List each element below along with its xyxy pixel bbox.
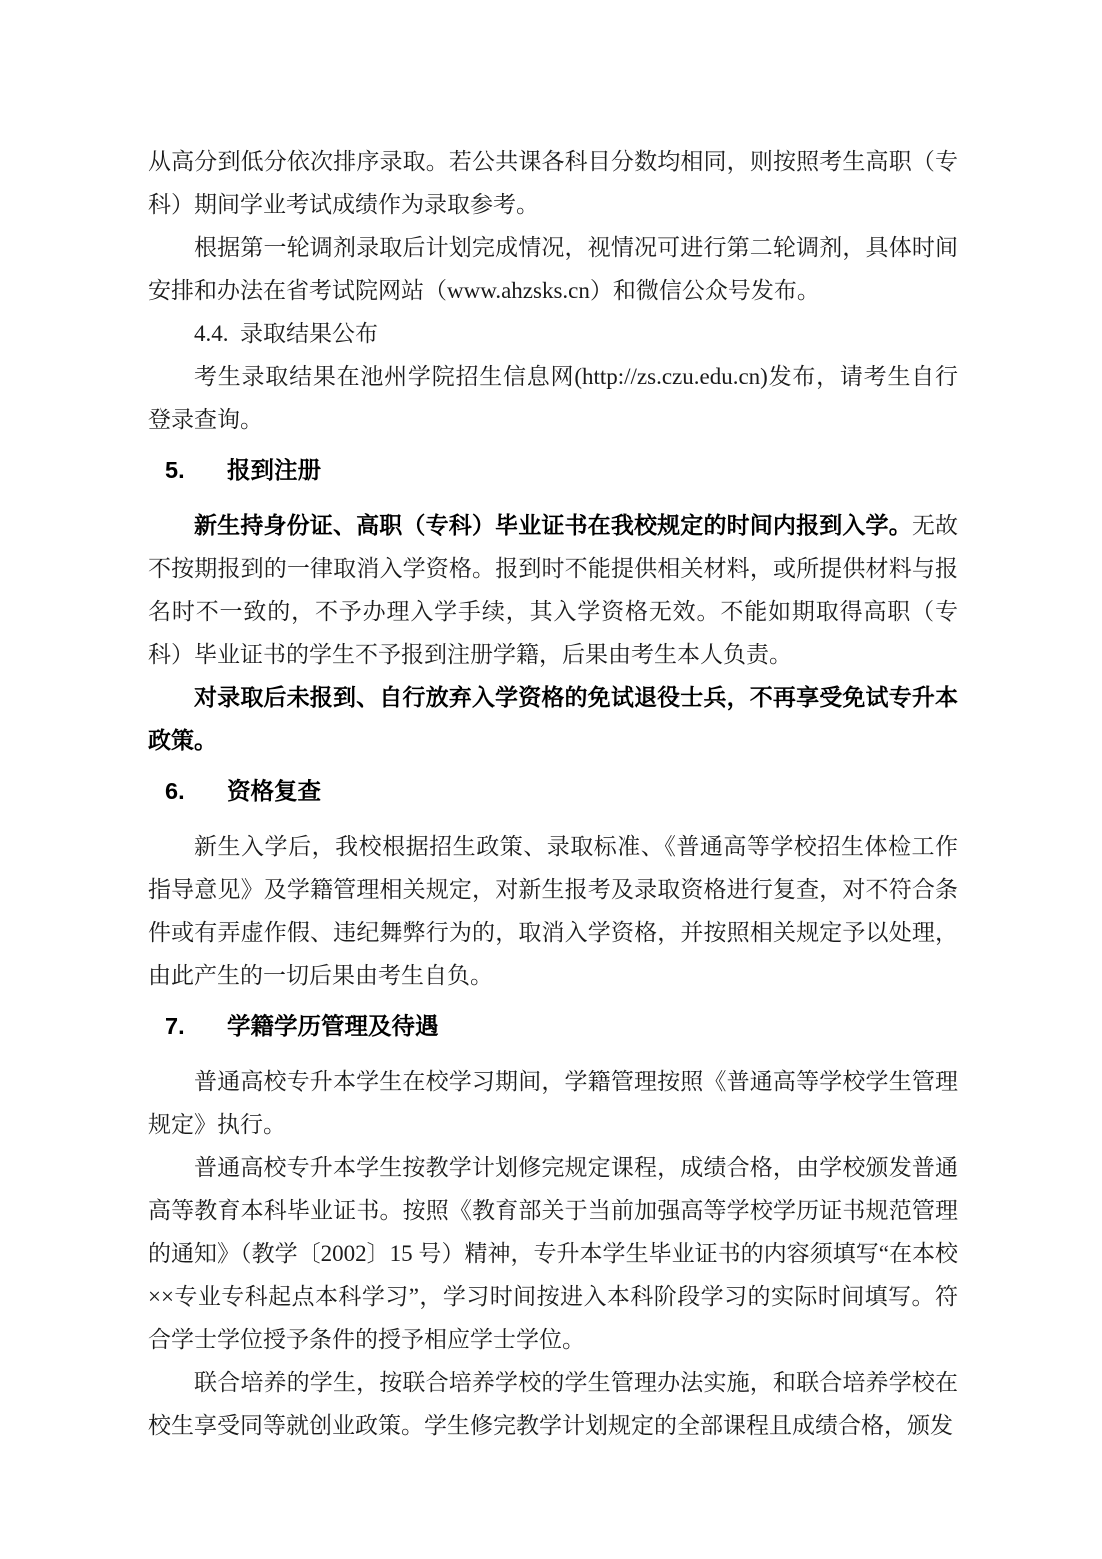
para-result-publish: 考生录取结果在池州学院招生信息网(http://zs.czu.edu.cn)发布… bbox=[148, 355, 958, 441]
para-student-status-management: 普通高校专升本学生在校学习期间，学籍管理按照《普通高等学校学生管理规定》执行。 bbox=[148, 1060, 958, 1146]
para-joint-training: 联合培养的学生，按联合培养学校的学生管理办法实施，和联合培养学校在校生享受同等就… bbox=[148, 1361, 958, 1447]
heading-section-6-number: 6. bbox=[165, 770, 227, 813]
heading-section-7-number: 7. bbox=[165, 1005, 227, 1048]
heading-section-5-number: 5. bbox=[165, 449, 227, 492]
para-qualification-review: 新生入学后，我校根据招生政策、录取标准、《普通高等学校招生体检工作指导意见》及学… bbox=[148, 825, 958, 997]
heading-section-6-label: 资格复查 bbox=[227, 778, 321, 804]
para-waiver-policy: 对录取后未报到、自行放弃入学资格的免试退役士兵，不再享受免试专升本政策。 bbox=[148, 676, 958, 762]
heading-section-7: 7.学籍学历管理及待遇 bbox=[148, 1005, 958, 1048]
para-report-requirements: 新生持身份证、高职（专科）毕业证书在我校规定的时间内报到入学。无故不按期报到的一… bbox=[148, 504, 958, 676]
para-diploma-rules: 普通高校专升本学生按教学计划修完规定课程，成绩合格，由学校颁发普通高等教育本科毕… bbox=[148, 1146, 958, 1361]
heading-section-6: 6.资格复查 bbox=[148, 770, 958, 813]
heading-section-5: 5.报到注册 bbox=[148, 449, 958, 492]
document-page: 从高分到低分依次排序录取。若公共课各科目分数均相同，则按照考生高职（专科）期间学… bbox=[0, 0, 1102, 1559]
para-report-requirements-bold: 新生持身份证、高职（专科）毕业证书在我校规定的时间内报到入学。 bbox=[194, 512, 912, 538]
para-ranking-continued: 从高分到低分依次排序录取。若公共课各科目分数均相同，则按照考生高职（专科）期间学… bbox=[148, 140, 958, 226]
heading-section-5-label: 报到注册 bbox=[227, 457, 321, 483]
heading-section-7-label: 学籍学历管理及待遇 bbox=[227, 1013, 439, 1039]
para-second-round-adjustment: 根据第一轮调剂录取后计划完成情况，视情况可进行第二轮调剂，具体时间安排和办法在省… bbox=[148, 226, 958, 312]
subheading-4-4-result-publish: 4.4. 录取结果公布 bbox=[148, 312, 958, 355]
